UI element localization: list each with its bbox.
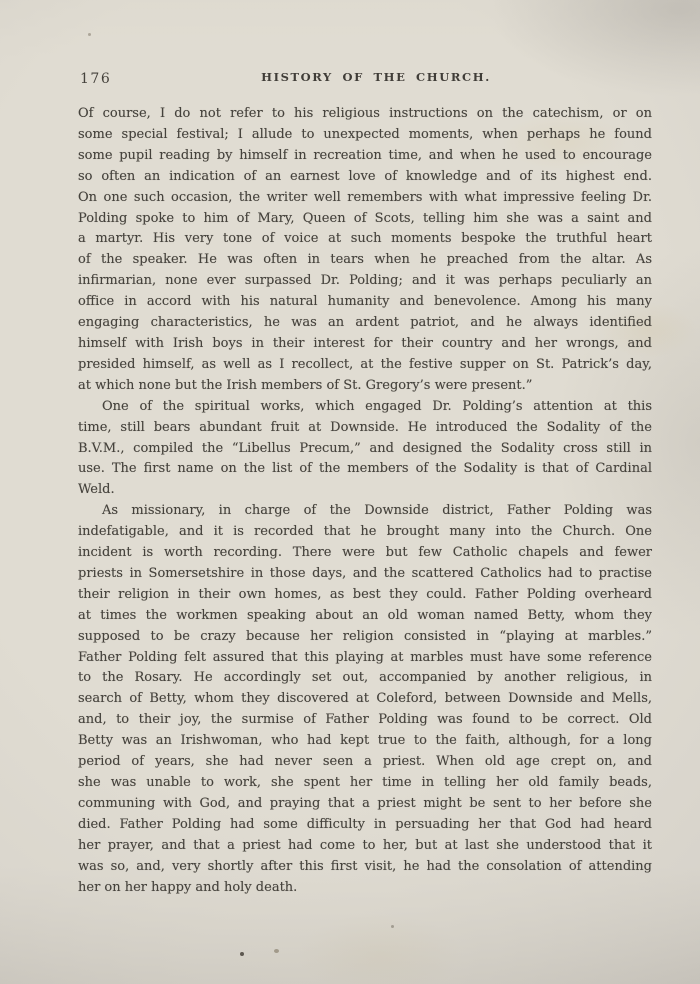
paragraph: As missionary, in charge of the Downside… [78, 501, 652, 898]
scan-speck [274, 949, 279, 953]
book-page: 176 HISTORY OF THE CHURCH. Of course, I … [0, 0, 700, 984]
text-line: As missionary, in charge of the Downside… [78, 501, 652, 522]
text-line: Polding spoke to him of Mary, Queen of S… [78, 209, 652, 230]
text-line: himself with Irish boys in their interes… [78, 334, 652, 355]
text-line: died. Father Polding had some difficulty… [78, 815, 652, 836]
scan-speck [88, 33, 91, 36]
text-line: Of course, I do not refer to his religio… [78, 104, 652, 125]
text-line: at which none but the Irish members of S… [78, 376, 652, 397]
text-line: period of years, she had never seen a pr… [78, 752, 652, 773]
paragraph: One of the spiritual works, which engage… [78, 397, 652, 502]
text-line: B.V.M., compiled the “Libellus Precum,” … [78, 439, 652, 460]
text-line: infirmarian, none ever surpassed Dr. Pol… [78, 271, 652, 292]
text-line: On one such occasion, the writer well re… [78, 188, 652, 209]
text-line: Weld. [78, 480, 652, 501]
text-line: of the speaker. He was often in tears wh… [78, 250, 652, 271]
text-line: supposed to be crazy because her religio… [78, 627, 652, 648]
text-line: her on her happy and holy death. [78, 878, 652, 899]
text-line: so often an indication of an earnest lov… [78, 167, 652, 188]
text-line: communing with God, and praying that a p… [78, 794, 652, 815]
scan-speck [240, 952, 244, 956]
text-line: incident is worth recording. There were … [78, 543, 652, 564]
page-header: 176 HISTORY OF THE CHURCH. [78, 70, 652, 88]
text-line: engaging characteristics, he was an arde… [78, 313, 652, 334]
text-line: their religion in their own homes, as be… [78, 585, 652, 606]
text-line: Betty was an Irishwoman, who had kept tr… [78, 731, 652, 752]
text-line: she was unable to work, she spent her ti… [78, 773, 652, 794]
text-line: at times the workmen speaking about an o… [78, 606, 652, 627]
scan-speck [391, 925, 394, 928]
text-block: Of course, I do not refer to his religio… [78, 104, 652, 898]
text-line: her prayer, and that a priest had come t… [78, 836, 652, 857]
page-number: 176 [80, 71, 111, 87]
text-line: search of Betty, whom they discovered at… [78, 689, 652, 710]
paragraph: Of course, I do not refer to his religio… [78, 104, 652, 397]
text-line: was so, and, very shortly after this fir… [78, 857, 652, 878]
text-line: to the Rosary. He accordingly set out, a… [78, 668, 652, 689]
text-line: some pupil reading by himself in recreat… [78, 146, 652, 167]
text-line: use. The first name on the list of the m… [78, 459, 652, 480]
text-line: office in accord with his natural humani… [78, 292, 652, 313]
running-title: HISTORY OF THE CHURCH. [78, 70, 652, 84]
text-line: time, still bears abundant fruit at Down… [78, 418, 652, 439]
text-line: indefatigable, and it is recorded that h… [78, 522, 652, 543]
text-line: and, to their joy, the surmise of Father… [78, 710, 652, 731]
text-line: Father Polding felt assured that this pl… [78, 648, 652, 669]
text-line: One of the spiritual works, which engage… [78, 397, 652, 418]
text-line: a martyr. His very tone of voice at such… [78, 229, 652, 250]
text-line: some special festival; I allude to unexp… [78, 125, 652, 146]
text-line: priests in Somersetshire in those days, … [78, 564, 652, 585]
text-line: presided himself, as well as I recollect… [78, 355, 652, 376]
